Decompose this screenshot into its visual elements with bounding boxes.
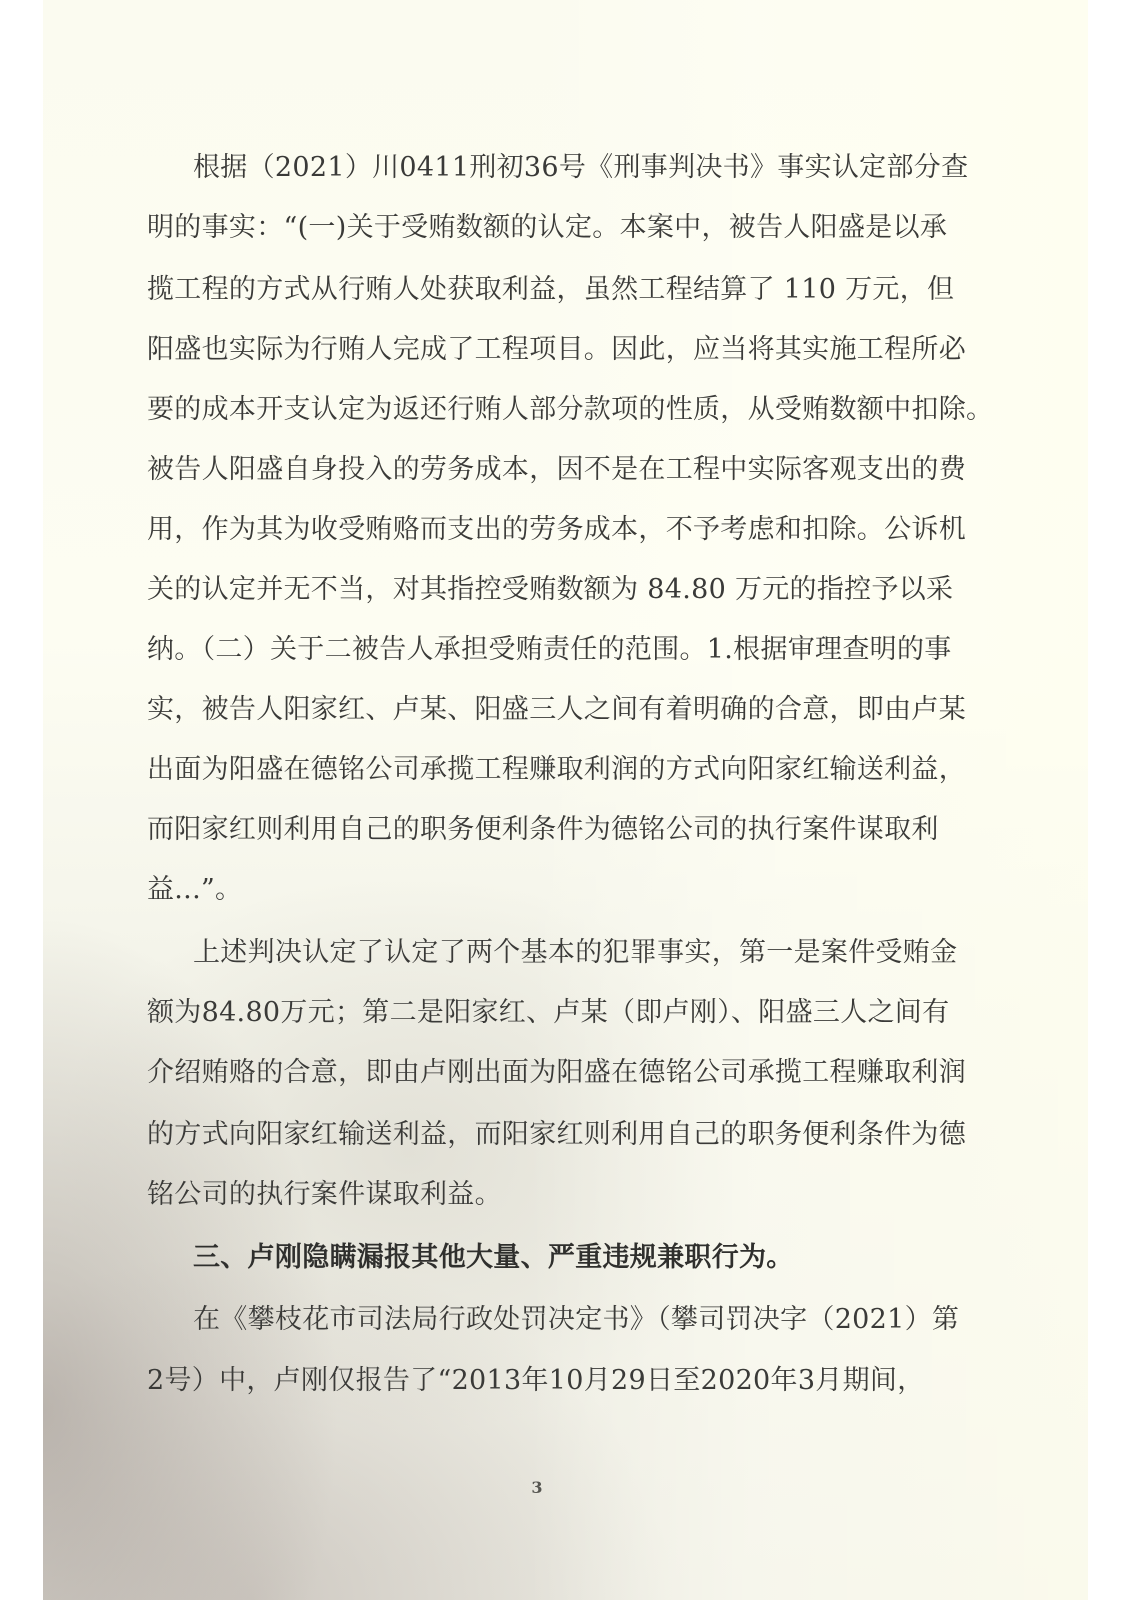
p2-line-3: 介绍贿赂的合意，即由卢刚出面为阳盛在德铭公司承揽工程赚取利润 <box>147 1053 897 1093</box>
document-page: 根据（2021）川0411刑初36号《刑事判决书》事实认定部分查 明的事实：“(… <box>43 0 1088 1600</box>
p1-line-3: 揽工程的方式从行贿人处获取利益，虽然工程结算了 110 万元，但 <box>147 270 897 310</box>
p2-line-5: 铭公司的执行案件谋取利益。 <box>147 1175 897 1215</box>
p3-line-1: 在《攀枝花市司法局行政处罚决定书》（攀司罚决字（2021）第 <box>193 1300 897 1340</box>
p1-line-10: 实，被告人阳家红、卢某、阳盛三人之间有着明确的合意，即由卢某 <box>147 690 897 730</box>
p1-line-13: 益...”。 <box>147 870 897 910</box>
p1-line-11: 出面为阳盛在德铭公司承揽工程赚取利润的方式向阳家红输送利益， <box>147 750 897 790</box>
p1-line-5: 要的成本开支认定为返还行贿人部分款项的性质，从受贿数额中扣除。 <box>147 390 897 430</box>
p1-line-9: 纳。（二）关于二被告人承担受贿责任的范围。1.根据审理查明的事 <box>147 630 897 670</box>
p1-line-8: 关的认定并无不当，对其指控受贿数额为 84.80 万元的指控予以采 <box>147 570 897 610</box>
p1-line-7: 用，作为其为收受贿赂而支出的劳务成本，不予考虑和扣除。公诉机 <box>147 510 897 550</box>
p1-line-4: 阳盛也实际为行贿人完成了工程项目。因此，应当将其实施工程所必 <box>147 330 897 370</box>
p1-line-1: 根据（2021）川0411刑初36号《刑事判决书》事实认定部分查 <box>193 148 897 188</box>
p2-line-4: 的方式向阳家红输送利益，而阳家红则利用自己的职务便利条件为德 <box>147 1115 897 1155</box>
p3-line-2: 2号）中，卢刚仅报告了“2013年10月29日至2020年3月期间， <box>147 1361 897 1401</box>
p2-line-1: 上述判决认定了认定了两个基本的犯罪事实，第一是案件受贿金 <box>193 933 897 973</box>
page-number: 3 <box>527 1478 547 1497</box>
p1-line-2: 明的事实：“(一)关于受贿数额的认定。本案中，被告人阳盛是以承 <box>147 208 897 248</box>
p1-line-12: 而阳家红则利用自己的职务便利条件为德铭公司的执行案件谋取利 <box>147 810 897 850</box>
section-heading: 三、卢刚隐瞒漏报其他大量、严重违规兼职行为。 <box>193 1238 897 1278</box>
p2-line-2: 额为84.80万元；第二是阳家红、卢某（即卢刚）、阳盛三人之间有 <box>147 993 897 1033</box>
p1-line-6: 被告人阳盛自身投入的劳务成本，因不是在工程中实际客观支出的费 <box>147 450 897 490</box>
